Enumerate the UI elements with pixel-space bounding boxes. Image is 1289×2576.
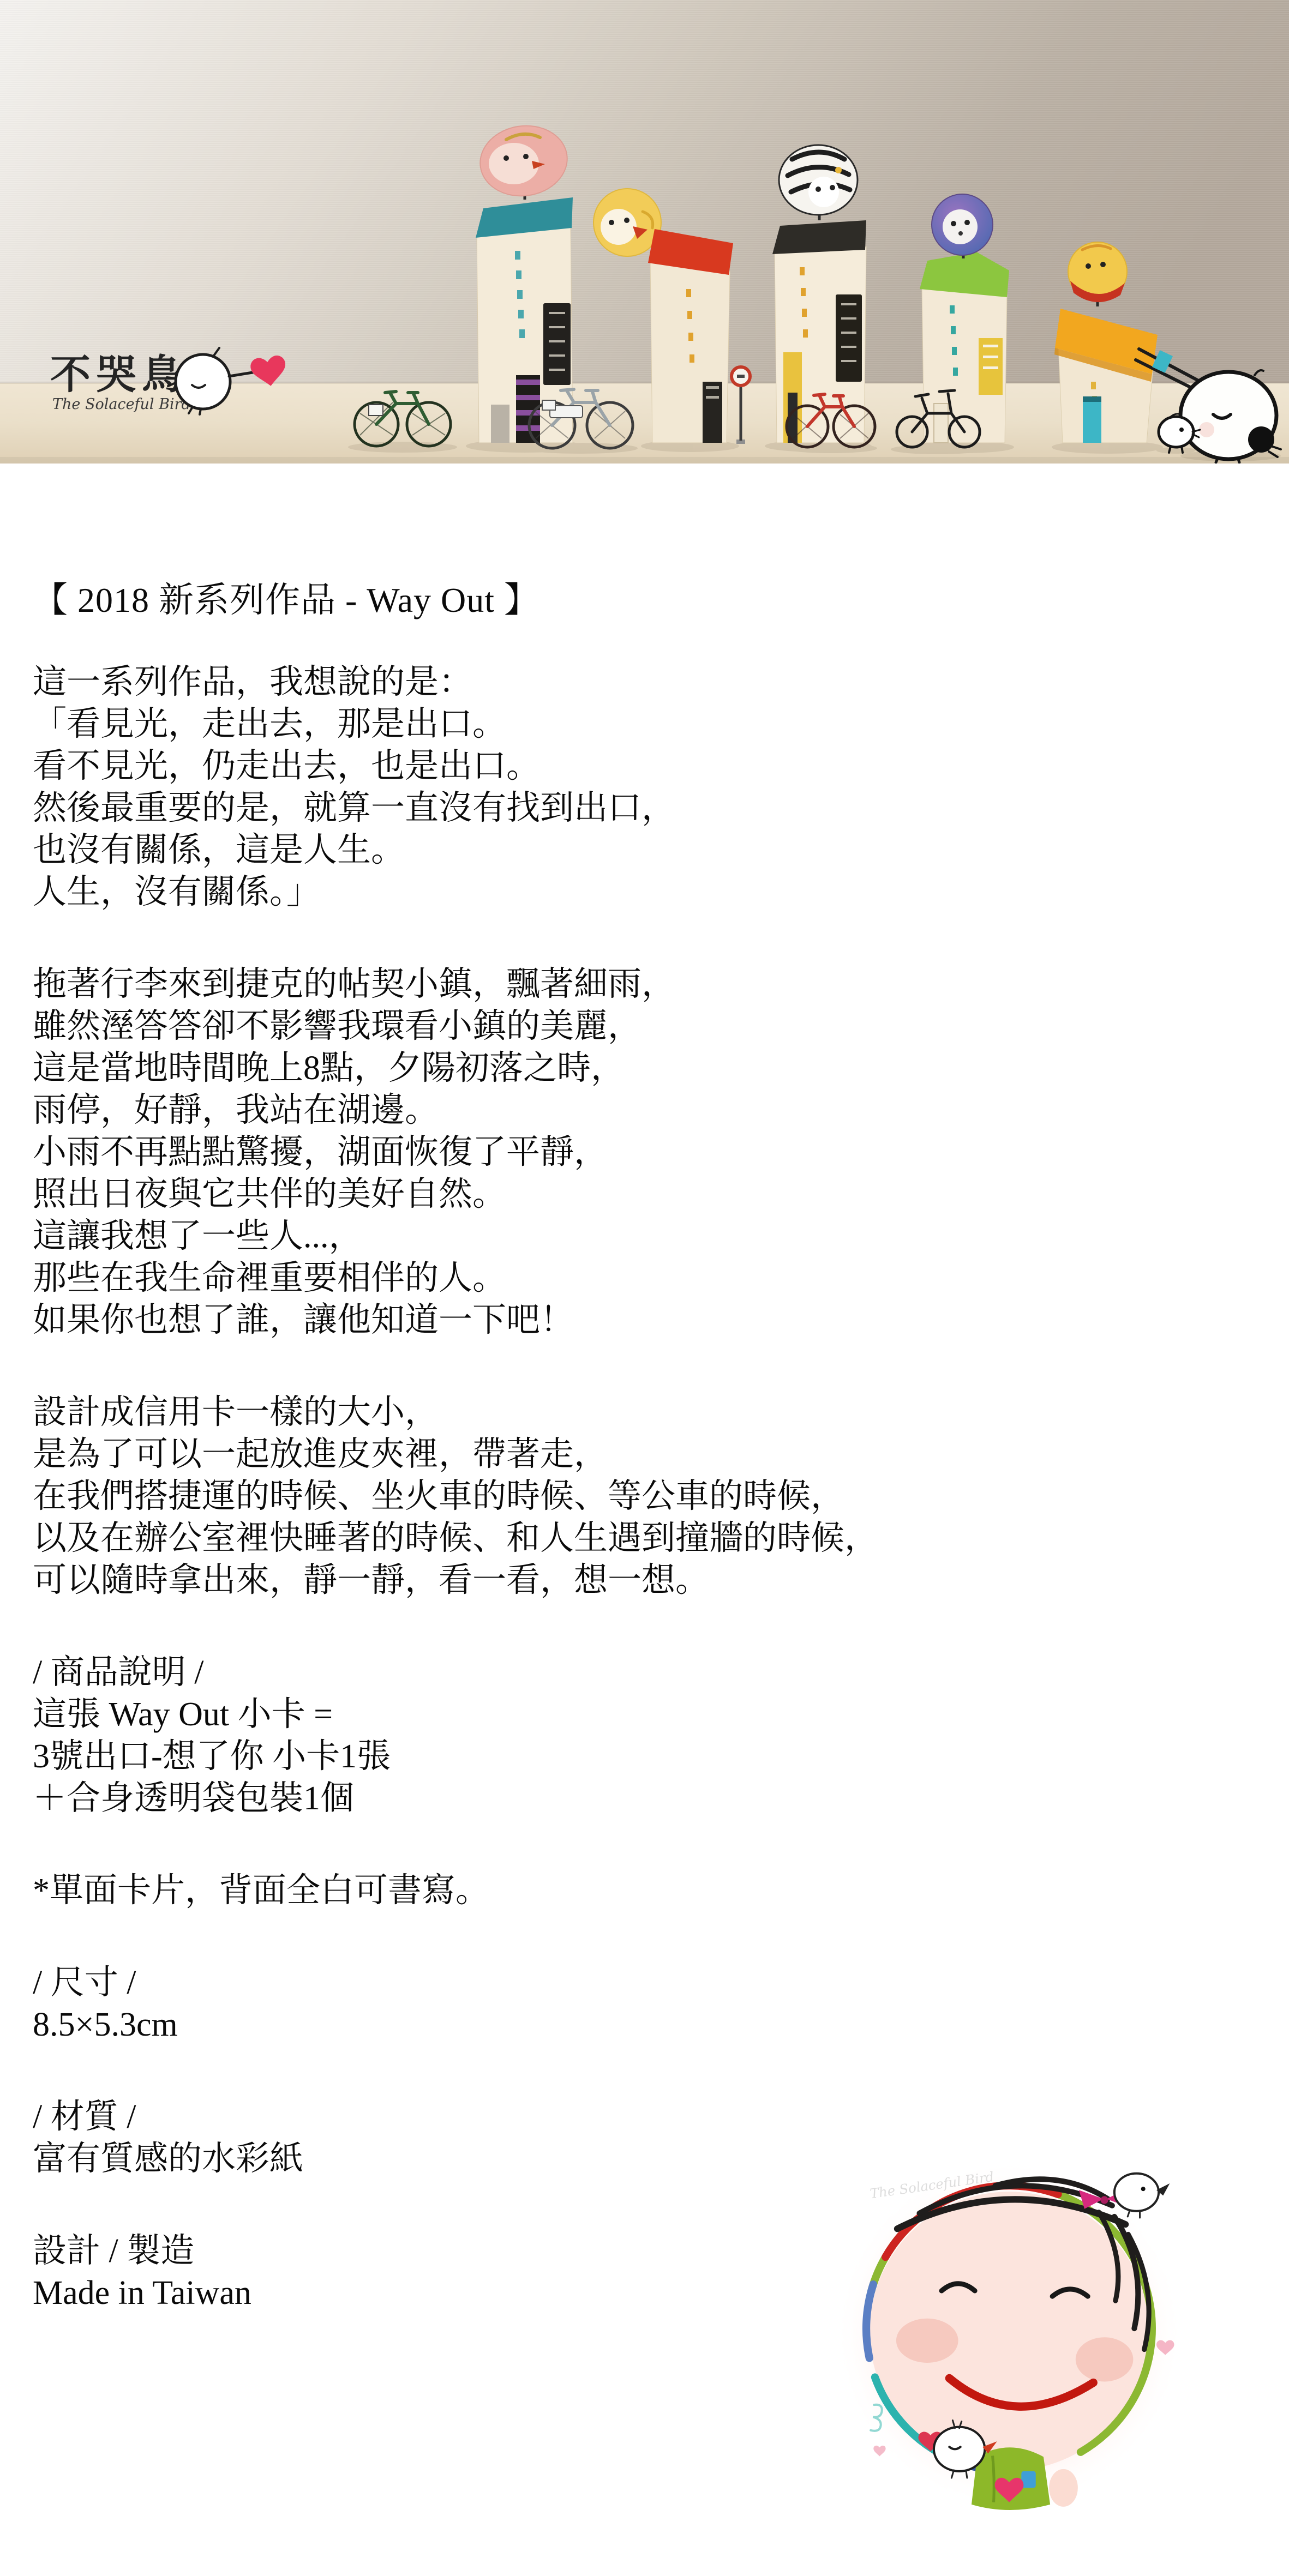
section-title: 【 2018 新系列作品 - Way Out 】 xyxy=(33,579,1266,621)
text-line: 雖然溼答答卻不影響我環看小鎮的美麗， xyxy=(33,1006,1266,1048)
text-line: 照出日夜與它共伴的美好自然。 xyxy=(33,1173,1266,1215)
paragraph: / 商品說明 / 這張 Way Out 小卡 = 3號出口-想了你 小卡1張 ＋… xyxy=(33,1652,1266,1820)
text-line: *單面卡片，背面全白可書寫。 xyxy=(33,1870,1266,1912)
text-line: ＋合身透明袋包裝1個 xyxy=(33,1778,1266,1820)
shop-sign xyxy=(543,303,571,385)
text-line: 設計成信用卡一樣的大小， xyxy=(33,1392,1266,1434)
text-line: 這是當地時間晚上8點，夕陽初落之時， xyxy=(33,1048,1266,1090)
text-line: 「看見光，走出去，那是出口。 xyxy=(33,703,1266,745)
text-line: 也沒有關係，這是人生。 xyxy=(33,829,1266,871)
description-text: 【 2018 新系列作品 - Way Out 】 這一系列作品，我想說的是： 「… xyxy=(33,464,1266,2314)
brand-name: 不哭鳥 xyxy=(50,351,188,398)
text-line: / 材質 / xyxy=(33,2096,1266,2138)
text-line: 在我們搭捷運的時候、坐火車的時候、等公車的時候， xyxy=(33,1476,1266,1518)
text-line: 看不見光，仍走出去，也是出口。 xyxy=(33,745,1266,787)
text-line: 這一系列作品，我想說的是： xyxy=(33,661,1266,703)
text-line: 拖著行李來到捷克的帖契小鎮，飄著細雨， xyxy=(33,964,1266,1006)
teal-door xyxy=(1083,401,1101,443)
product-description-page: 不哭鳥 The Solaceful Bird xyxy=(0,0,1289,2576)
text-line: / 尺寸 / xyxy=(33,1962,1266,2004)
text-line: 以及在辦公室裡快睡著的時候、和人生遇到撞牆的時候， xyxy=(33,1518,1266,1560)
text-line: 這張 Way Out 小卡 = xyxy=(33,1694,1266,1736)
stone-bird-yellow-icon xyxy=(593,189,661,256)
paragraph: 設計成信用卡一樣的大小， 是為了可以一起放進皮夾裡，帶著走， 在我們搭捷運的時候… xyxy=(33,1392,1266,1602)
paragraph: / 尺寸 / 8.5×5.3cm xyxy=(33,1962,1266,2046)
text-line: 這讓我想了一些人...， xyxy=(33,1215,1266,1257)
text-line: 那些在我生命裡重要相伴的人。 xyxy=(33,1257,1266,1299)
text-line: 3號出口-想了你 小卡1張 xyxy=(33,1736,1266,1778)
text-line: 8.5×5.3cm xyxy=(33,2004,1266,2046)
girl-face-illustration: The Solaceful Bird xyxy=(826,2146,1192,2511)
text-line: 如果你也想了誰，讓他知道一下吧！ xyxy=(33,1299,1266,1341)
text-line: / 商品說明 / xyxy=(33,1652,1266,1694)
paragraph: *單面卡片，背面全白可書寫。 xyxy=(33,1870,1266,1912)
text-line: 是為了可以一起放進皮夾裡，帶著走， xyxy=(33,1434,1266,1476)
banner-photo: 不哭鳥 The Solaceful Bird xyxy=(0,0,1289,464)
text-line: 可以隨時拿出來，靜一靜，看一看，想一想。 xyxy=(33,1560,1266,1602)
wooden-house-red xyxy=(648,229,733,443)
text-line: 然後最重要的是，就算一直沒有找到出口， xyxy=(33,787,1266,829)
brand-subtitle: The Solaceful Bird xyxy=(52,396,191,413)
paragraph: 拖著行李來到捷克的帖契小鎮，飄著細雨， 雖然溼答答卻不影響我環看小鎮的美麗， 這… xyxy=(33,964,1266,1341)
text-line: 小雨不再點點驚擾，湖面恢復了平靜， xyxy=(33,1131,1266,1173)
paragraph: 這一系列作品，我想說的是： 「看見光，走出去，那是出口。 看不見光，仍走出去，也… xyxy=(33,661,1266,913)
text-line: 人生，沒有關係。」 xyxy=(33,871,1266,913)
text-line: 雨停，好靜，我站在湖邊。 xyxy=(33,1090,1266,1131)
